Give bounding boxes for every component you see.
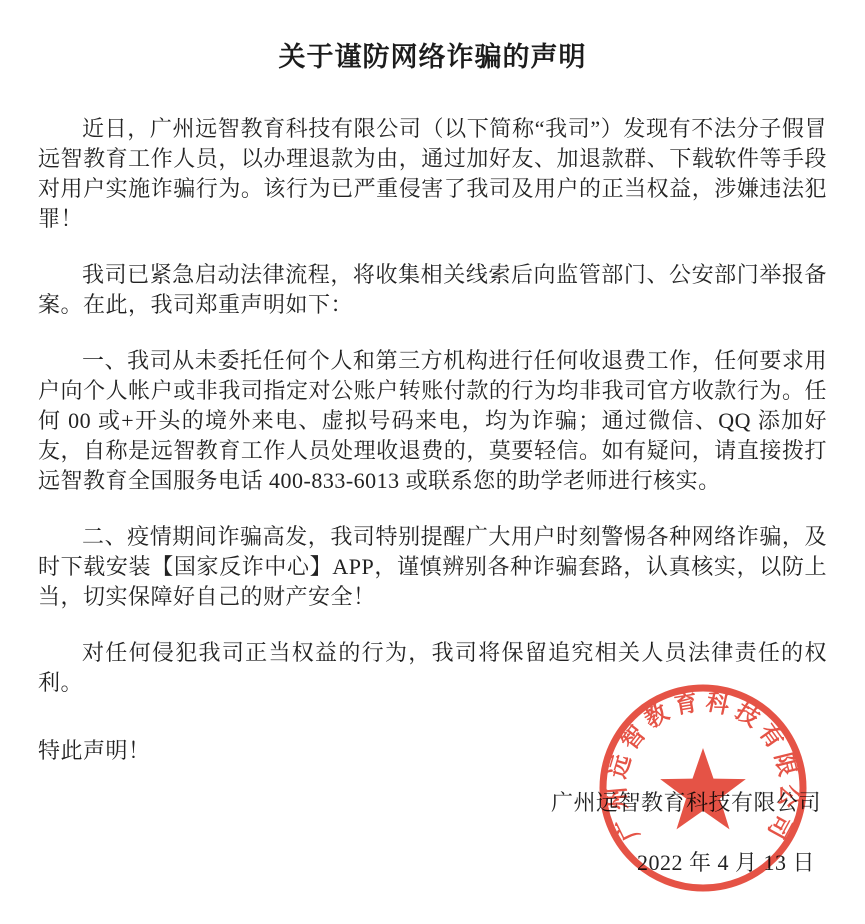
closing-statement: 特此声明！ (38, 736, 827, 766)
statement-document: 关于谨防网络诈骗的声明 近日，广州远智教育科技有限公司（以下简称“我司”）发现有… (0, 0, 865, 924)
paragraph-legal-action: 我司已紧急启动法律流程，将收集相关线索后向监管部门、公安部门举报备案。在此，我司… (38, 260, 827, 320)
seal-company-name: 广州远智教育科技有限公司 (604, 688, 802, 848)
paragraph-intro: 近日，广州远智教育科技有限公司（以下简称“我司”）发现有不法分子假冒远智教育工作… (38, 114, 827, 234)
document-title: 关于谨防网络诈骗的声明 (38, 40, 827, 74)
paragraph-item-one: 一、我司从未委托任何个人和第三方机构进行任何收退费工作，任何要求用户向个人帐户或… (38, 346, 827, 496)
statement-date: 2022 年 4 月 13 日 (38, 848, 827, 878)
paragraph-rights-reservation: 对任何侵犯我司正当权益的行为，我司将保留追究相关人员法律责任的权利。 (38, 638, 827, 698)
company-signature: 广州远智教育科技有限公司 (38, 788, 827, 818)
seal-arc-text: 广州远智教育科技有限公司 (604, 688, 802, 848)
paragraph-item-two: 二、疫情期间诈骗高发，我司特别提醒广大用户时刻警惕各种网络诈骗，及时下载安装【国… (38, 522, 827, 612)
